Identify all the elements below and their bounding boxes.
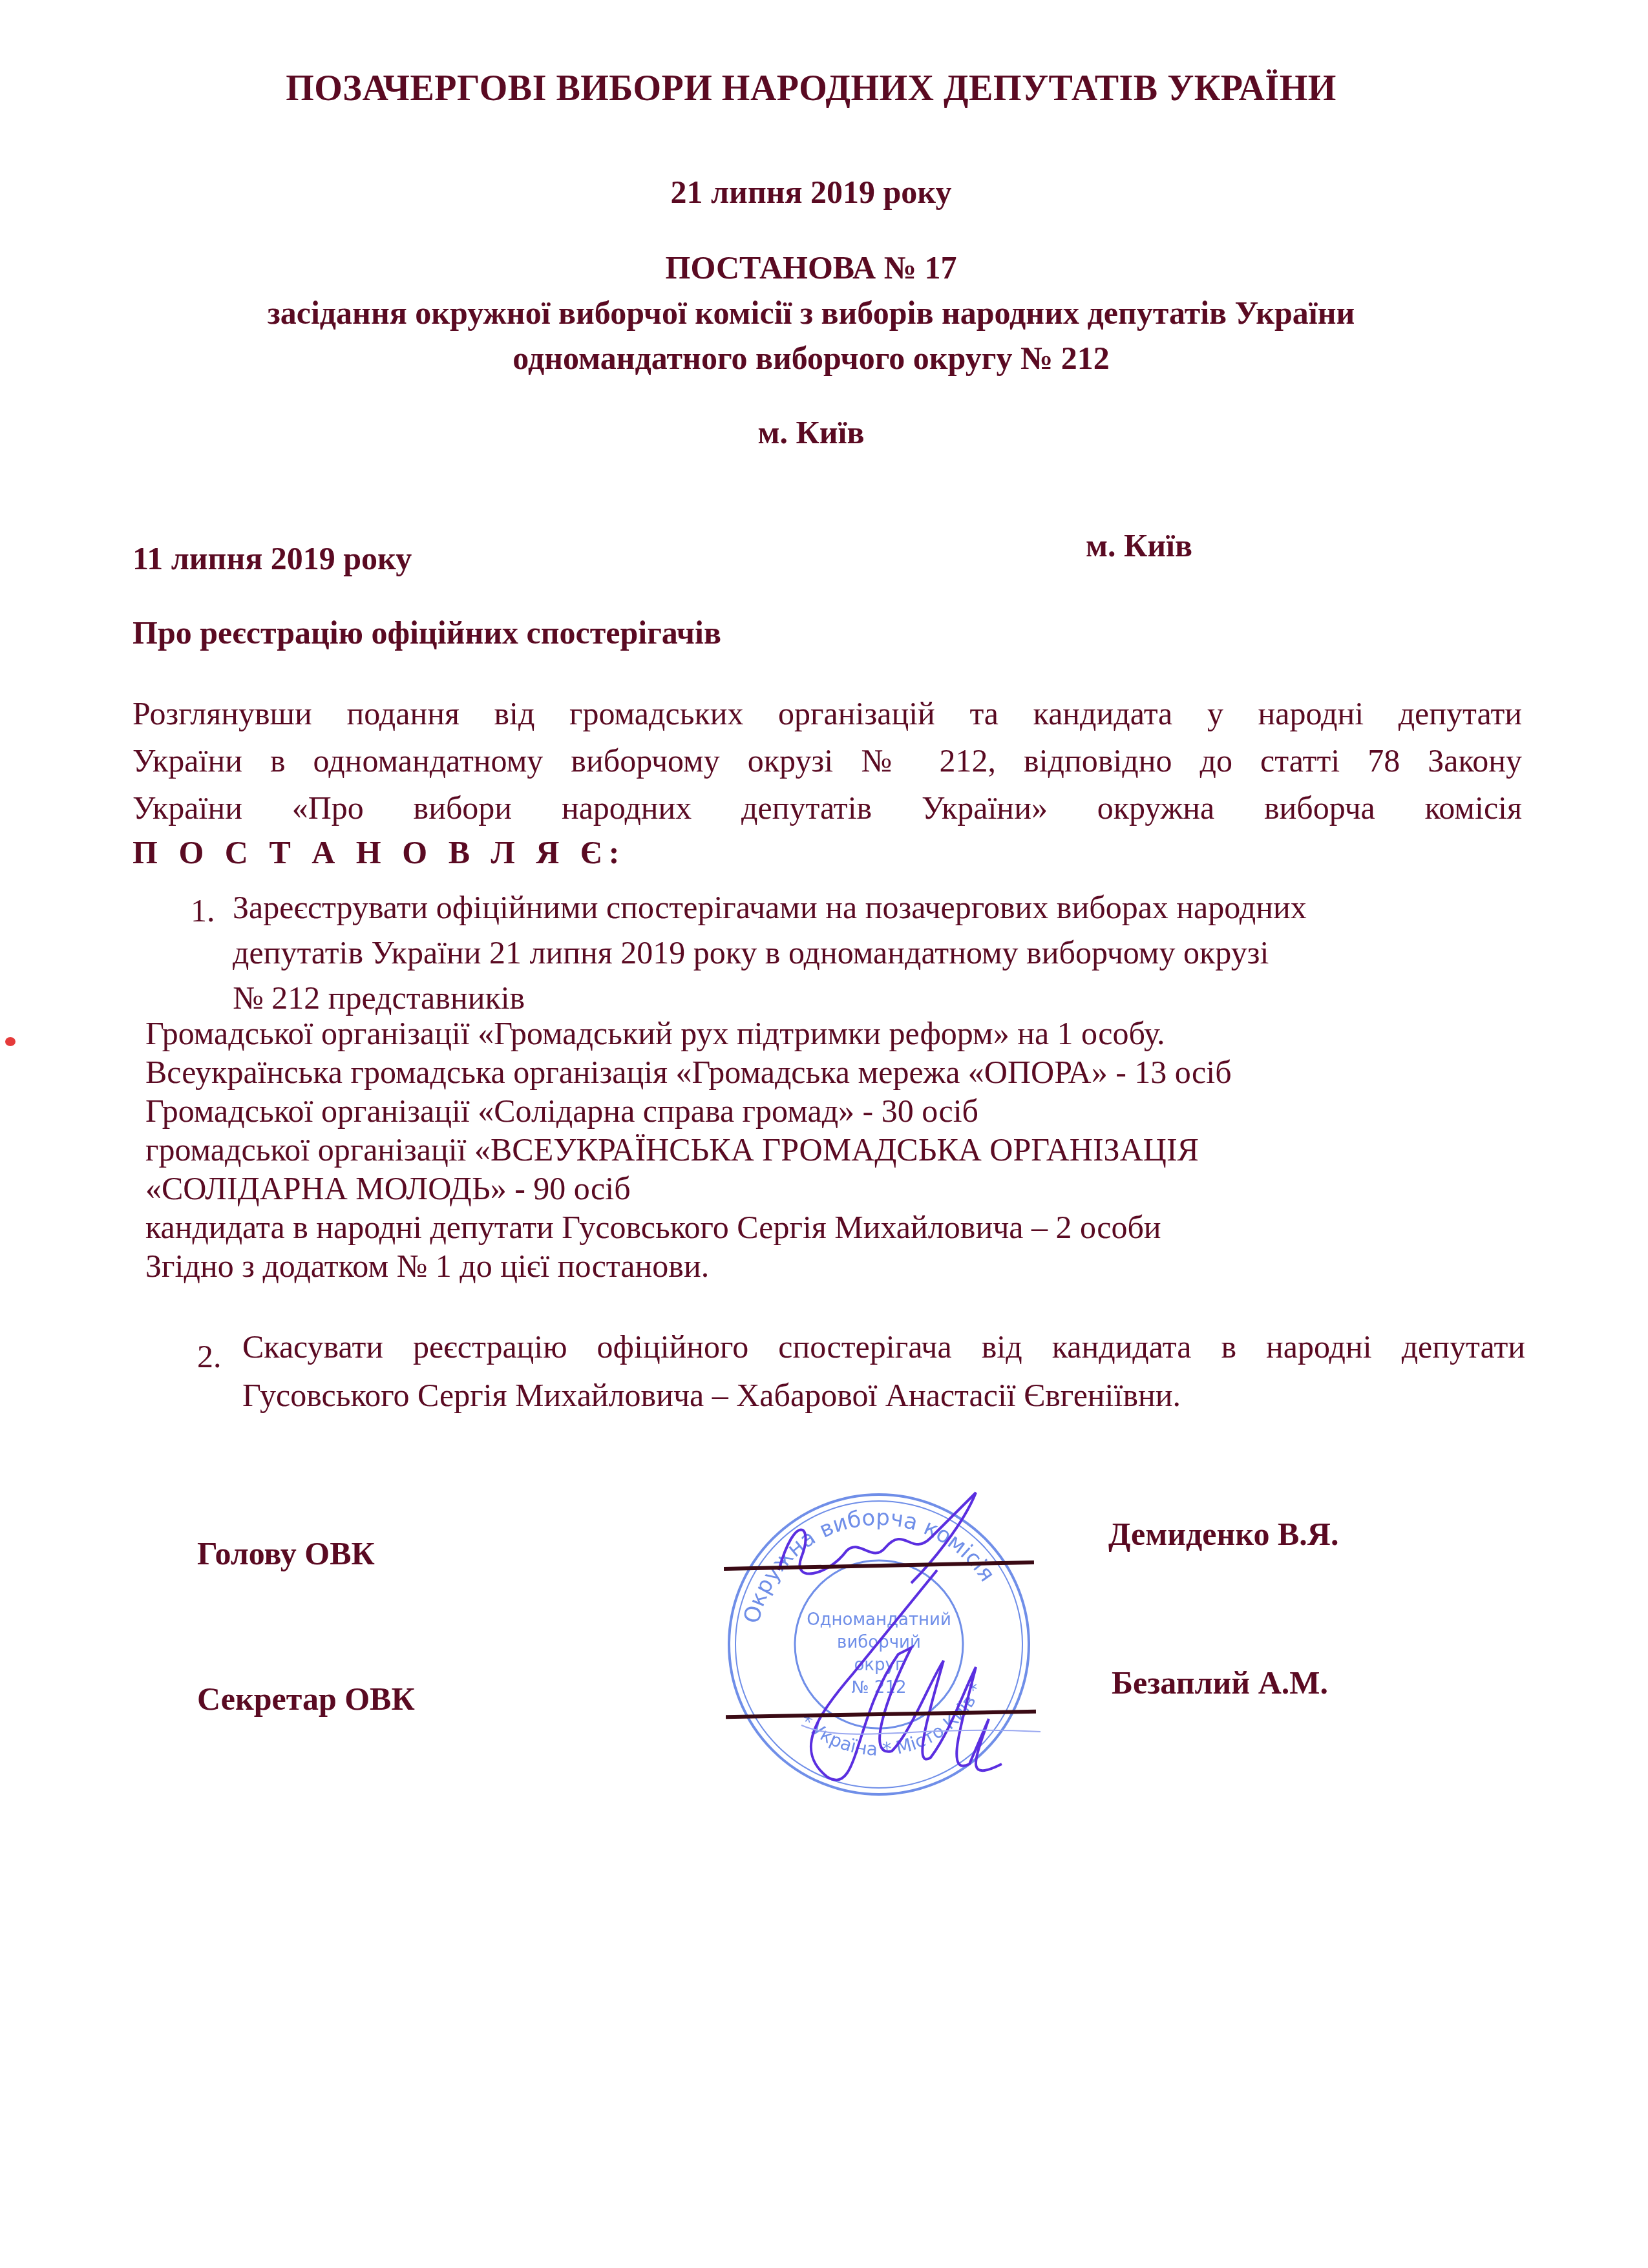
preamble-line-1: Розглянувши подання від громадських орга… <box>132 695 1522 732</box>
org-line-5: «СОЛІДАРНА МОЛОДЬ» - 90 осіб <box>145 1170 631 1207</box>
chair-name: Демиденко В.Я. <box>1108 1515 1338 1553</box>
subject-heading: Про реєстрацію офіційних спостерігачів <box>132 614 721 651</box>
official-seal: Окружна виборча комісія * Україна * Міст… <box>717 1486 1041 1803</box>
header-city: м. Київ <box>0 414 1635 451</box>
meeting-line-1: засідання окружної виборчої комісії з ви… <box>0 294 1635 331</box>
item-1-line-2: депутатів України 21 липня 2019 року в о… <box>233 934 1269 971</box>
item-2-number: 2. <box>197 1338 222 1375</box>
secretary-name: Безаплий А.М. <box>1112 1664 1328 1701</box>
document-city: м. Київ <box>1086 527 1192 564</box>
election-date: 21 липня 2019 року <box>0 173 1635 211</box>
chair-label: Голову ОВК <box>197 1535 375 1572</box>
red-ink-speck <box>5 1037 16 1046</box>
preamble-line-3: України «Про вибори народних депутатів У… <box>132 789 1522 826</box>
document-date: 11 липня 2019 року <box>132 540 412 577</box>
seal-graphic: Окружна виборча комісія * Україна * Міст… <box>717 1486 1041 1803</box>
secretary-label: Секретар ОВК <box>197 1680 415 1717</box>
meeting-line-2: одномандатного виборчого округу № 212 <box>0 339 1635 377</box>
item-1-line-3: № 212 представників <box>233 979 525 1016</box>
seal-center-line-1: Одномандатний <box>807 1610 951 1630</box>
election-title: ПОЗАЧЕРГОВІ ВИБОРИ НАРОДНИХ ДЕПУТАТІВ УК… <box>0 68 1635 109</box>
resolution-number: ПОСТАНОВА № 17 <box>0 249 1635 286</box>
item-1-number: 1. <box>191 892 215 929</box>
item-2-line-1: Скасувати реєстрацію офіційного спостері… <box>242 1328 1525 1365</box>
org-line-6: кандидата в народні депутати Гусовського… <box>145 1208 1161 1246</box>
document-page: ПОЗАЧЕРГОВІ ВИБОРИ НАРОДНИХ ДЕПУТАТІВ УК… <box>0 0 1648 2268</box>
item-1-line-1: Зареєструвати офіційними спостерігачами … <box>233 888 1307 926</box>
org-line-7: Згідно з додатком № 1 до цієї постанови. <box>145 1247 709 1285</box>
decree-word: П О С Т А Н О В Л Я Є: <box>132 834 626 871</box>
org-line-2: Всеукраїнська громадська організація «Гр… <box>145 1053 1232 1091</box>
preamble-line-2: України в одномандатному виборчому окруз… <box>132 742 1522 779</box>
item-2-line-2: Гусовського Сергія Михайловича – Хабаров… <box>242 1376 1181 1414</box>
org-line-4: громадської організації «ВСЕУКРАЇНСЬКА Г… <box>145 1131 1199 1168</box>
org-line-3: Громадської організації «Солідарна справ… <box>145 1092 978 1129</box>
org-line-1: Громадської організації «Громадський рух… <box>145 1014 1165 1052</box>
